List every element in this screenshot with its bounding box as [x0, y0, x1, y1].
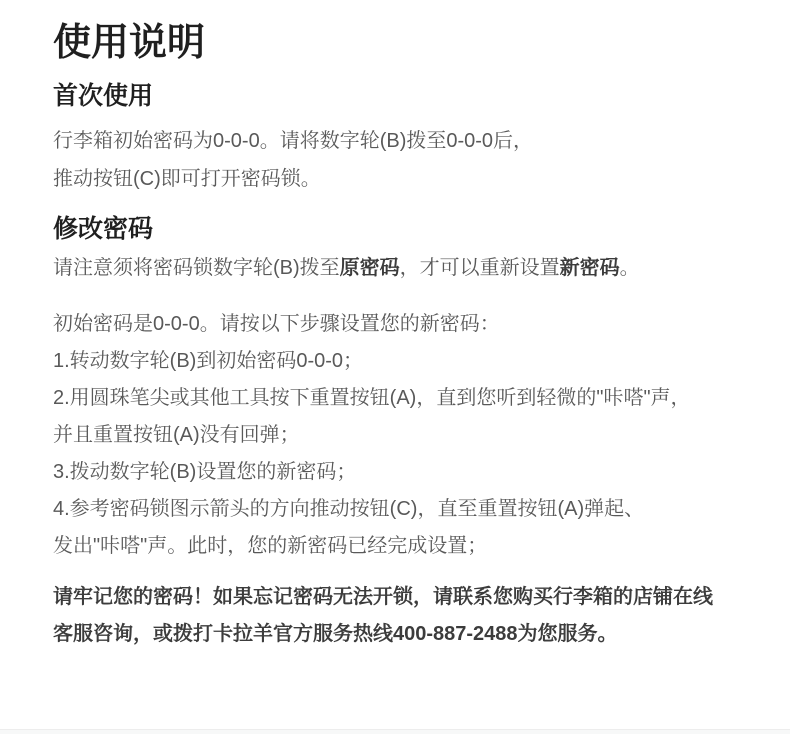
- step-item-3: 3.拨动数字轮(B)设置您的新密码；: [53, 454, 742, 491]
- section-first-use: 首次使用 行李箱初始密码为0-0-0。请将数字轮(B)拨至0-0-0后， 推动按…: [53, 79, 742, 198]
- next-section-divider: [0, 729, 790, 734]
- notice-text-middle: ，才可以重新设置: [400, 257, 560, 279]
- steps-block: 初始密码是0-0-0。请按以下步骤设置您的新密码： 1.转动数字轮(B)到初始密…: [53, 306, 742, 565]
- notice-text-after: 。: [620, 257, 640, 279]
- first-use-heading: 首次使用: [53, 79, 742, 114]
- notice-text-before: 请注意须将密码锁数字轮(B)拨至: [53, 257, 340, 279]
- notice-old-password: 原密码: [340, 257, 400, 279]
- usage-instructions-page: 使用说明 首次使用 行李箱初始密码为0-0-0。请将数字轮(B)拨至0-0-0后…: [0, 19, 790, 653]
- password-reminder-note: 请牢记您的密码！如果忘记密码无法开锁，请联系您购买行李箱的店铺在线 客服咨询，或…: [53, 579, 742, 653]
- step-item-2: 2.用圆珠笔尖或其他工具按下重置按钮(A)，直到您听到轻微的"咔嗒"声， 并且重…: [53, 380, 742, 454]
- step-item-4: 4.参考密码锁图示箭头的方向推动按钮(C)，直至重置按钮(A)弹起、 发出"咔嗒…: [53, 491, 742, 565]
- section-change-password: 修改密码 请注意须将密码锁数字轮(B)拨至原密码，才可以重新设置新密码。 初始密…: [53, 212, 742, 565]
- first-use-body: 行李箱初始密码为0-0-0。请将数字轮(B)拨至0-0-0后， 推动按钮(C)即…: [53, 122, 742, 198]
- steps-intro: 初始密码是0-0-0。请按以下步骤设置您的新密码：: [53, 306, 742, 343]
- step-item-1: 1.转动数字轮(B)到初始密码0-0-0；: [53, 343, 742, 380]
- notice-new-password: 新密码: [560, 257, 620, 279]
- change-password-heading: 修改密码: [53, 212, 742, 247]
- page-title: 使用说明: [53, 19, 742, 67]
- change-password-notice: 请注意须将密码锁数字轮(B)拨至原密码，才可以重新设置新密码。: [53, 250, 742, 287]
